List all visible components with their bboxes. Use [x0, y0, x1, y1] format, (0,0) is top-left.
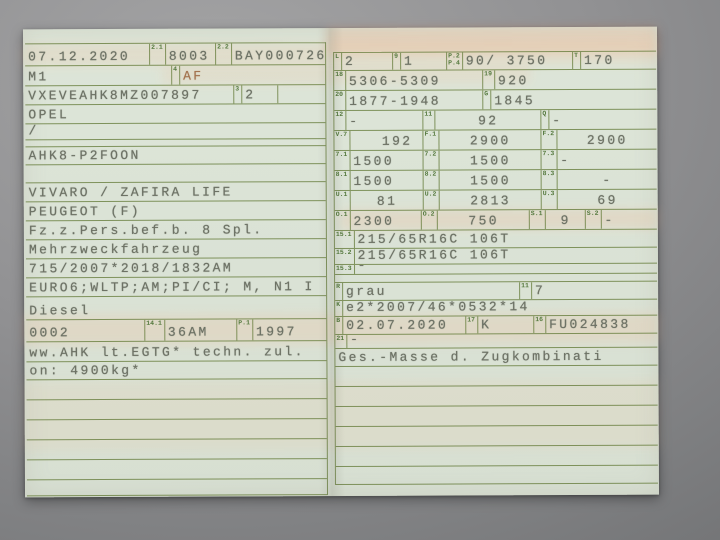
table-row: PEUGEOT (F) [26, 201, 326, 221]
axle-load-7-3: - [557, 150, 656, 169]
vehicle-class: M1 [25, 66, 171, 86]
table-row: 12-1192Q- [334, 110, 656, 131]
vehicle-class-cell: M1 [25, 66, 171, 86]
height: 1877-1948 [346, 90, 482, 110]
registration-date-cell: 07.12.2020 [25, 44, 149, 66]
field-code: S.1 [530, 210, 546, 229]
fuel-type: Diesel [26, 296, 326, 319]
check-digit-cell: 32 [233, 85, 277, 103]
table-row: L291P.2 P.490/ 3750T170 [334, 52, 656, 71]
axle-load-7-1: 1500 [350, 151, 422, 170]
table-row: VIVARO / ZAFIRA LIFE [26, 182, 326, 202]
field-cell [27, 399, 327, 419]
table-row: B02.07.202017K16FU024838 [335, 316, 657, 335]
axle-load-8-1: 1500 [350, 171, 422, 190]
tyres-axle-1-cell: 15.1215/65R16C 106T [335, 230, 657, 248]
tyres-axle-3: - [355, 264, 657, 274]
field-12: - [346, 111, 422, 130]
tyres-axle-2-cell: 15.2215/65R16C 106T [335, 248, 657, 264]
axle-load-8-1-cell: 8.11500 [335, 171, 423, 190]
table-row: EURO6;WLTP;AM;PI/CI; M, N1 I [26, 277, 326, 297]
type-variant-code: BAY000726 [232, 43, 325, 64]
code-0002: 0002 [26, 320, 144, 342]
type-variant-code-cell: 2.2BAY000726 [215, 43, 325, 64]
table-row: / [25, 123, 325, 140]
field-cell [27, 439, 327, 459]
field-code: 14.1 [145, 320, 165, 341]
field-cell [336, 466, 658, 484]
field-cell [336, 446, 658, 466]
field-code: 7.3 [542, 150, 558, 169]
code-0002-cell: 0002 [26, 320, 144, 342]
emission-key-cell: 14.136AM [144, 319, 236, 340]
field-code: F.1 [423, 131, 439, 150]
table-row [336, 446, 658, 467]
remarks-line-1-left: ww.AHK lt.EGTG* techn. zul. [26, 341, 326, 361]
colour: grau [343, 282, 519, 300]
field-code: 17 [466, 316, 478, 333]
body-type-code-cell: 4AF [171, 65, 325, 85]
vin-cell: VXEVEAHK8MZ007897 [25, 85, 233, 104]
field-cell [27, 419, 327, 439]
trailer-unbraked-cell: O.2750 [421, 210, 529, 229]
tyres-axle-2: 215/65R16C 106T [355, 248, 657, 264]
table-row: Fz.z.Pers.bef.b. 8 Spl. [26, 220, 326, 240]
registration-date: 07.12.2020 [25, 44, 149, 66]
field-17: K [478, 316, 533, 333]
field-code: Q [541, 110, 549, 129]
manufacturer-code: 8003 [166, 44, 215, 65]
field-code: 3 [234, 85, 242, 103]
co2-value-cell: V.7192 [334, 131, 422, 150]
first-registration-date-cell: B02.07.2020 [335, 316, 465, 334]
table-row: Diesel [26, 296, 326, 320]
field-code: 2.2 [216, 43, 232, 64]
table-row: AHK8-P2FOON [25, 146, 325, 165]
table-row [27, 479, 327, 496]
manufacturer-name: PEUGEOT (F) [26, 201, 326, 220]
field-code: P.1 [237, 319, 253, 340]
remarks-line-2-cell: on: 4900kg* [26, 361, 326, 379]
field-cell [335, 366, 657, 386]
type-approval-number-cell: Ke2*2007/46*0532*14 [335, 300, 657, 316]
co2-value: 192 [350, 131, 422, 150]
field-code: 11 [520, 282, 532, 299]
width-code: 920 [495, 70, 656, 90]
field-code: 4 [172, 66, 180, 85]
remarks-line-1-right-cell: Ges.-Masse d. Zugkombinati [335, 348, 657, 366]
field-21-cell: 21- [335, 334, 657, 348]
fuel-type-cell: Diesel [26, 296, 326, 319]
field-value [336, 386, 658, 406]
manufacturer-code-cell: 2.18003 [149, 44, 215, 65]
field-value [26, 164, 326, 182]
noise-driveby: 69 [557, 190, 656, 209]
mass-in-service: 1845 [491, 90, 656, 110]
first-registration-date: 02.07.2020 [343, 316, 465, 334]
axle-load-8-3-cell: 8.3- [541, 170, 657, 190]
model-name: VIVARO / ZAFIRA LIFE [26, 182, 326, 201]
field-value [27, 419, 327, 439]
table-row: 201877-1948G1845 [334, 90, 656, 111]
field-code: U.3 [542, 190, 558, 209]
field-cell [27, 379, 327, 399]
trailer-unbraked: 750 [437, 210, 528, 229]
vehicle-description: Fz.z.Pers.bef.b. 8 Spl. [26, 220, 326, 239]
table-row: 185306-530919920 [334, 70, 656, 91]
table-row [27, 419, 327, 440]
right-column-table: L291P.2 P.490/ 3750T170185306-5309199202… [333, 51, 658, 485]
table-row: OPEL [25, 104, 325, 124]
type-code-cell: AHK8-P2FOON [25, 146, 325, 164]
power-mass-ratio: - [549, 110, 656, 129]
standing-places-cell: S.2- [585, 210, 657, 229]
max-mass-f1: 2900 [439, 130, 540, 149]
body-description: Mehrzweckfahrzeug [26, 239, 326, 258]
noise-rpm: 2813 [439, 190, 540, 209]
field-code: P.2 P.4 [447, 52, 463, 69]
table-row: 7.115007.215007.3- [335, 150, 657, 171]
body-description-cell: Mehrzweckfahrzeug [26, 239, 326, 258]
field-value [27, 459, 327, 479]
table-row [336, 426, 658, 447]
table-row: V.7192F.12900F.22900 [334, 130, 656, 151]
axle-load-8-2-cell: 8.21500 [423, 170, 541, 190]
field-17-cell: 17K [465, 316, 533, 333]
max-mass-f2: 2900 [557, 130, 656, 149]
seats: 9 [545, 210, 584, 229]
field-value [336, 466, 658, 484]
noise-stationary-cell: U.181 [335, 191, 423, 210]
field-code: 8.3 [542, 170, 558, 189]
fold-crease [317, 28, 345, 496]
noise-driveby-cell: U.369 [541, 190, 657, 210]
noise-rpm-cell: U.22813 [423, 190, 541, 210]
field-cell [335, 274, 657, 282]
vehicle-registration-document: 07.12.20202.180032.2BAY000726M14AFVXEVEA… [23, 27, 659, 498]
field-12-cell: 12- [334, 111, 422, 130]
field-11-cell: 1192 [422, 110, 540, 130]
field-code: U.2 [424, 191, 440, 210]
table-row: 8.115008.215008.3- [335, 170, 657, 191]
field-code: 8.2 [424, 171, 440, 190]
table-row: Rgrau117 [335, 282, 657, 301]
emission-class: EURO6;WLTP;AM;PI/CI; M, N1 I [26, 277, 326, 296]
field-code: O.2 [422, 211, 438, 230]
field-16: FU024838 [546, 316, 657, 333]
mass-in-service-cell: G1845 [482, 90, 656, 110]
field-value [336, 406, 658, 426]
length-cell: 185306-5309 [334, 70, 482, 90]
noise-stationary: 81 [350, 191, 422, 210]
table-row: M14AF [25, 65, 325, 86]
table-row: Ges.-Masse d. Zugkombinati [335, 348, 657, 367]
table-row: 15.1215/65R16C 106T [335, 230, 657, 249]
field-code: 11 [423, 111, 435, 130]
powered-axles-cell: 91 [392, 53, 446, 70]
table-row: Ke2*2007/46*0532*14 [335, 300, 657, 317]
field-cell [26, 164, 326, 182]
table-row [336, 466, 658, 485]
make: OPEL [25, 104, 325, 123]
table-row: 21- [335, 334, 657, 349]
field-code: G [483, 90, 491, 109]
field-code: 2.1 [150, 44, 166, 65]
field-value [27, 399, 327, 419]
max-mass-f1-cell: F.12900 [422, 130, 540, 150]
table-row [335, 366, 657, 387]
table-row: 15.2215/65R16C 106T [335, 248, 657, 265]
slash-row: / [25, 123, 325, 139]
emission-class-cell: EURO6;WLTP;AM;PI/CI; M, N1 I [26, 277, 326, 296]
max-mass-f2-cell: F.22900 [540, 130, 656, 150]
tyres-axle-1: 215/65R16C 106T [354, 230, 656, 248]
field-value [335, 274, 657, 282]
table-row [336, 406, 658, 427]
table-row: 07.12.20202.180032.2BAY000726 [25, 43, 325, 66]
length: 5306-5309 [346, 70, 482, 90]
axle-load-8-2: 1500 [439, 170, 540, 189]
table-row: U.181U.22813U.369 [335, 190, 657, 211]
field-16-cell: 16FU024838 [533, 316, 657, 334]
field-code: S.2 [586, 210, 602, 229]
field-code: T [573, 52, 581, 69]
axle-load-7-2-cell: 7.21500 [423, 150, 541, 170]
field-value [27, 379, 327, 399]
table-row: Mehrzweckfahrzeug [26, 239, 326, 259]
field-code: 19 [483, 70, 495, 89]
table-row [27, 399, 327, 420]
table-row [27, 439, 327, 460]
top-speed: 170 [581, 52, 656, 69]
field-code: 7.2 [424, 151, 440, 170]
engine-capacity: 1997 [253, 319, 326, 340]
left-column-table: 07.12.20202.180032.2BAY000726M14AFVXEVEA… [25, 42, 328, 496]
make-cell: OPEL [25, 104, 325, 123]
trailer-braked: 2300 [350, 211, 420, 230]
field-value [27, 439, 327, 459]
tyres-axle-3-cell: 15.3- [335, 264, 657, 274]
trailer-braked-cell: O.12300 [335, 211, 421, 230]
field-value [27, 479, 327, 495]
field-value [335, 366, 657, 386]
field-value [336, 446, 658, 466]
manufacturer-name-cell: PEUGEOT (F) [26, 201, 326, 220]
axle-load-8-3: - [557, 170, 656, 189]
table-row: VXEVEAHK8MZ00789732 [25, 85, 325, 105]
standing-places: - [601, 210, 656, 229]
axles: 2 [342, 53, 392, 70]
colour-code-cell: 117 [519, 282, 657, 300]
model-name-cell: VIVARO / ZAFIRA LIFE [26, 182, 326, 201]
table-row: 715/2007*2018/1832AM [26, 258, 326, 278]
field-cell [27, 479, 327, 495]
table-row [336, 386, 658, 407]
height-cell: 201877-1948 [334, 90, 482, 110]
top-speed-cell: T170 [572, 52, 656, 69]
colour-cell: Rgrau [335, 282, 519, 300]
table-row: 000214.136AMP.11997 [26, 319, 326, 342]
table-row [27, 459, 327, 480]
colour-code: 7 [532, 282, 657, 300]
powered-axles: 1 [401, 53, 446, 70]
axle-load-7-2: 1500 [439, 150, 540, 169]
table-row [27, 379, 327, 400]
table-row: O.12300O.2750S.19S.2- [335, 210, 657, 231]
table-row: on: 4900kg* [26, 361, 326, 380]
field-code: F.2 [541, 130, 557, 149]
body-type-code: AF [180, 65, 325, 85]
emission-key: 36AM [165, 319, 236, 340]
vehicle-description-cell: Fz.z.Pers.bef.b. 8 Spl. [26, 220, 326, 239]
table-row [26, 164, 326, 183]
seats-cell: S.19 [529, 210, 585, 229]
slash-row-cell: / [25, 123, 325, 139]
power-rpm: 90/ 3750 [463, 52, 572, 69]
remarks-line-1-right: Ges.-Masse d. Zugkombinati [335, 348, 657, 366]
field-cell [336, 406, 658, 426]
table-row: ww.AHK lt.EGTG* techn. zul. [26, 341, 326, 362]
check-digit: 2 [242, 85, 277, 103]
type-code: AHK8-P2FOON [25, 146, 325, 164]
field-code: 16 [534, 316, 546, 333]
field-11: 92 [435, 110, 540, 129]
emission-regulation: 715/2007*2018/1832AM [26, 258, 326, 277]
vin: VXEVEAHK8MZ007897 [25, 85, 233, 104]
field-value [336, 426, 658, 446]
remarks-line-1-left-cell: ww.AHK lt.EGTG* techn. zul. [26, 341, 326, 361]
field-21: - [347, 334, 657, 348]
type-approval-number: e2*2007/46*0532*14 [343, 300, 657, 316]
power-mass-ratio-cell: Q- [540, 110, 656, 130]
field-cell [336, 426, 658, 446]
axle-load-7-3-cell: 7.3- [541, 150, 657, 170]
axle-load-7-1-cell: 7.11500 [335, 151, 423, 170]
power-rpm-cell: P.2 P.490/ 3750 [446, 52, 572, 70]
remarks-line-2: on: 4900kg* [26, 361, 326, 379]
emission-regulation-cell: 715/2007*2018/1832AM [26, 258, 326, 277]
engine-capacity-cell: P.11997 [236, 319, 326, 340]
width-code-cell: 19920 [482, 70, 656, 90]
field-code: 9 [393, 53, 401, 70]
field-cell [336, 386, 658, 406]
field-cell [27, 459, 327, 479]
